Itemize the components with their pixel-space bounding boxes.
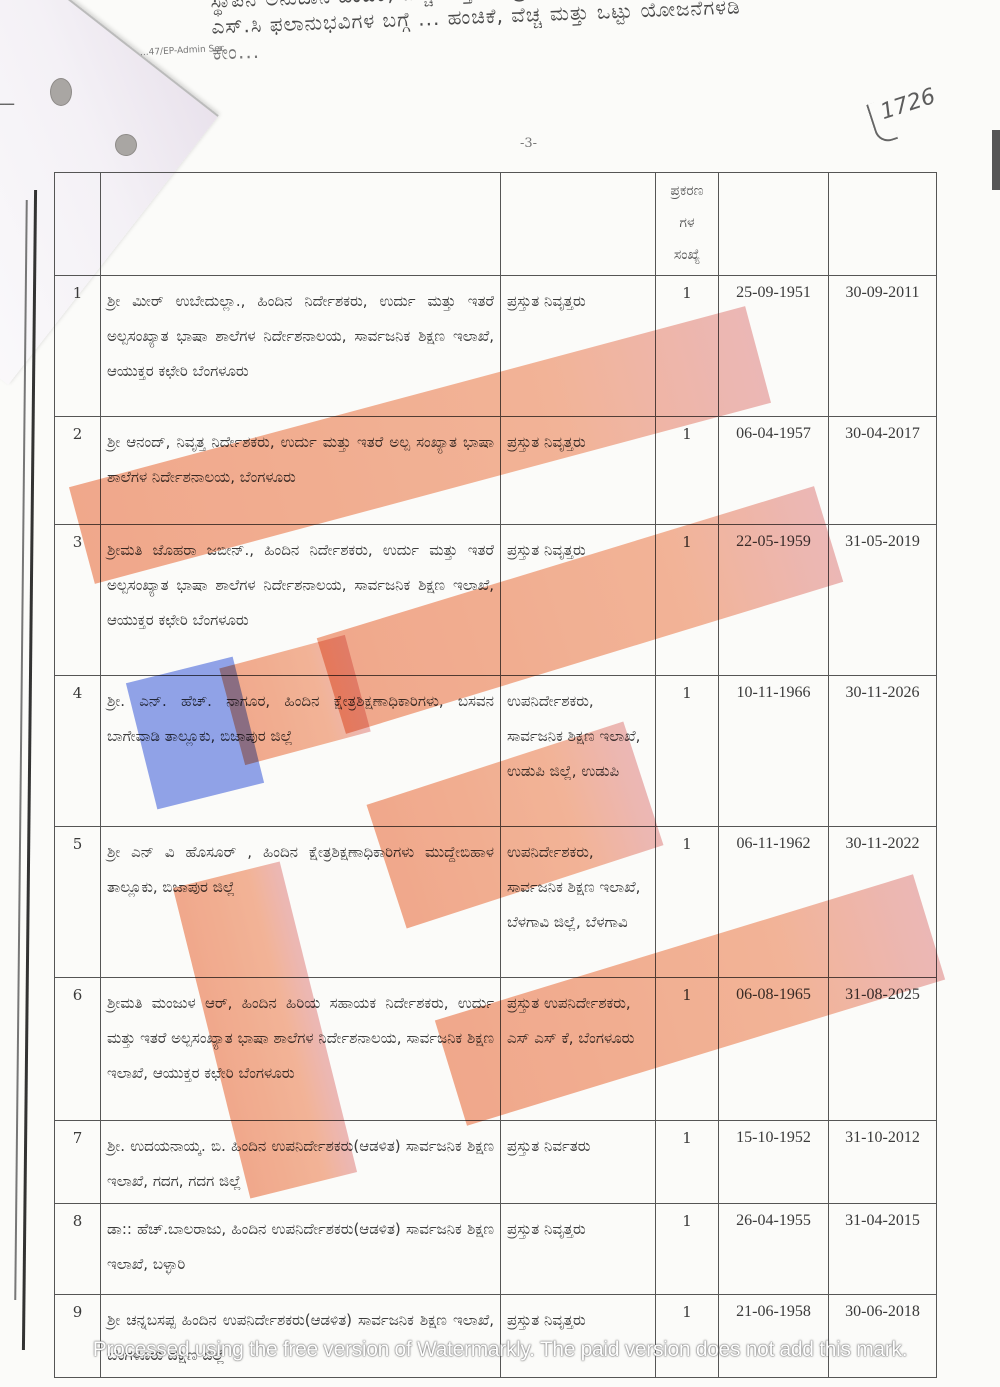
serial-number: 7 (55, 1121, 101, 1204)
serial-number: 2 (55, 417, 101, 525)
retirement-date: 30-04-2017 (829, 417, 937, 525)
header-cases-count: ಪ್ರಕರಣ ಗಳ ಸಂಖ್ಯೆ (656, 173, 719, 276)
cases-count: 1 (656, 1295, 719, 1378)
current-post: ಪ್ರಸ್ತುತ ಉಪನಿರ್ದೇಶಕರು, ಎಸ್ ಎಸ್ ಕೆ, ಬೆಂಗಳ… (501, 978, 656, 1121)
officer-name-designation: ಶ್ರೀ ಮೀರ್ ಉಬೇದುಲ್ಲಾ., ಹಿಂದಿನ ನಿರ್ದೇಶಕರು,… (101, 276, 501, 417)
header-serial (55, 173, 101, 276)
date-of-birth: 21-06-1958 (719, 1295, 829, 1378)
retirement-date: 31-04-2015 (829, 1204, 937, 1295)
retirement-date: 30-09-2011 (829, 276, 937, 417)
handwritten-note: 1726 (878, 84, 939, 125)
header-cases-line: ಪ್ರಕರಣ (662, 175, 712, 207)
serial-number: 4 (55, 676, 101, 827)
fold-scribble: ـــ (0, 90, 14, 109)
table-row: 6ಶ್ರೀಮತಿ ಮಂಜುಳ ಆರ್, ಹಿಂದಿನ ಹಿರಿಯ ಸಹಾಯಕ ನ… (55, 978, 937, 1121)
current-post: ಪ್ರಸ್ತುತ ನಿವೃತ್ತರು (501, 1295, 656, 1378)
serial-number: 6 (55, 978, 101, 1121)
current-post: ಉಪನಿರ್ದೇಶಕರು, ಸಾರ್ವಜನಿಕ ಶಿಕ್ಷಣ ಇಲಾಖೆ, ಉಡ… (501, 676, 656, 827)
cases-count: 1 (656, 827, 719, 978)
cases-count: 1 (656, 417, 719, 525)
officer-name-designation: ಶ್ರೀಮತಿ ಜೊಹರಾ ಜಬೀನ್., ಹಿಂದಿನ ನಿರ್ದೇಶಕರು,… (101, 525, 501, 676)
punch-hole (115, 134, 137, 156)
cases-count: 1 (656, 978, 719, 1121)
retirement-date: 30-11-2022 (829, 827, 937, 978)
officer-name-designation: ಶ್ರೀ. ಉದಯನಾಯ್ಕ. ಬಿ. ಹಿಂದಿನ ಉಪನಿರ್ದೇಶಕರು(… (101, 1121, 501, 1204)
serial-number: 8 (55, 1204, 101, 1295)
table-row: 4ಶ್ರೀ. ಎನ್. ಹೆಚ್. ನಾಗೂರ, ಹಿಂದಿನ ಕ್ಷೇತ್ರಶ… (55, 676, 937, 827)
table-row: 8ಡಾ:: ಹೆಚ್.ಬಾಲರಾಜು, ಹಿಂದಿನ ಉಪನಿರ್ದೇಶಕರು(… (55, 1204, 937, 1295)
date-of-birth: 10-11-1966 (719, 676, 829, 827)
officer-name-designation: ಶ್ರೀ ಆನಂದ್, ನಿವೃತ್ತ ನಿರ್ದೇಶಕರು, ಉರ್ದು ಮತ… (101, 417, 501, 525)
cases-count: 1 (656, 676, 719, 827)
retirement-date: 31-08-2025 (829, 978, 937, 1121)
previous-page-text: ಸ್ಥಾಪನೆ ಅನುದಾನ ಹಂಚಿಕೆ, ವೆಚ್ಚ ಮತ್ತು ಕೇಂದ್… (150, 0, 1000, 60)
officer-name-designation: ಡಾ:: ಹೆಚ್.ಬಾಲರಾಜು, ಹಿಂದಿನ ಉಪನಿರ್ದೇಶಕರು(ಆ… (101, 1204, 501, 1295)
date-of-birth: 06-08-1965 (719, 978, 829, 1121)
page-number: -3- (520, 136, 537, 151)
current-post: ಪ್ರಸ್ತುತ ನಿವೃತ್ತರು (501, 417, 656, 525)
serial-number: 1 (55, 276, 101, 417)
header-retirement (829, 173, 937, 276)
cases-count: 1 (656, 276, 719, 417)
date-of-birth: 26-04-1955 (719, 1204, 829, 1295)
header-dob (719, 173, 829, 276)
watermark-text: Processed using the free version of Wate… (0, 1338, 1000, 1362)
table-row: 7ಶ್ರೀ. ಉದಯನಾಯ್ಕ. ಬಿ. ಹಿಂದಿನ ಉಪನಿರ್ದೇಶಕರು… (55, 1121, 937, 1204)
table-row: 1ಶ್ರೀ ಮೀರ್ ಉಬೇದುಲ್ಲಾ., ಹಿಂದಿನ ನಿರ್ದೇಶಕರು… (55, 276, 937, 417)
binding-edge (992, 130, 1000, 190)
serial-number: 5 (55, 827, 101, 978)
officer-name-designation: ಶ್ರೀ ಎನ್ ವಿ ಹೊಸೂರ್ , ಹಿಂದಿನ ಕ್ಷೇತ್ರಶಿಕ್ಷ… (101, 827, 501, 978)
table-header-row: ಪ್ರಕರಣ ಗಳ ಸಂಖ್ಯೆ (55, 173, 937, 276)
table-row: 5ಶ್ರೀ ಎನ್ ವಿ ಹೊಸೂರ್ , ಹಿಂದಿನ ಕ್ಷೇತ್ರಶಿಕ್… (55, 827, 937, 978)
table-row: 2ಶ್ರೀ ಆನಂದ್, ನಿವೃತ್ತ ನಿರ್ದೇಶಕರು, ಉರ್ದು ಮ… (55, 417, 937, 525)
date-of-birth: 15-10-1952 (719, 1121, 829, 1204)
date-of-birth: 22-05-1959 (719, 525, 829, 676)
officer-name-designation: ಶ್ರೀ. ಎನ್. ಹೆಚ್. ನಾಗೂರ, ಹಿಂದಿನ ಕ್ಷೇತ್ರಶಿ… (101, 676, 501, 827)
date-of-birth: 06-11-1962 (719, 827, 829, 978)
current-post: ಪ್ರಸ್ತುತ ನಿವೃತ್ತರು (501, 525, 656, 676)
cases-count: 1 (656, 1204, 719, 1295)
punch-hole (50, 78, 72, 106)
table-row: 3ಶ್ರೀಮತಿ ಜೊಹರಾ ಜಬೀನ್., ಹಿಂದಿನ ನಿರ್ದೇಶಕರು… (55, 525, 937, 676)
officer-name-designation: ಶ್ರೀಮತಿ ಮಂಜುಳ ಆರ್, ಹಿಂದಿನ ಹಿರಿಯ ಸಹಾಯಕ ನಿ… (101, 978, 501, 1121)
officer-name-designation: ಶ್ರೀ ಚನ್ನಬಸಪ್ಪ ಹಿಂದಿನ ಉಪನಿರ್ದೇಶಕರು(ಆಡಳಿತ… (101, 1295, 501, 1378)
retirement-date: 30-06-2018 (829, 1295, 937, 1378)
current-post: ಪ್ರಸ್ತುತ ನಿವೃತ್ತರು (501, 1204, 656, 1295)
records-table: ಪ್ರಕರಣ ಗಳ ಸಂಖ್ಯೆ 1ಶ್ರೀ ಮೀರ್ ಉಬೇದುಲ್ಲಾ., … (54, 172, 937, 1378)
retirement-date: 30-11-2026 (829, 676, 937, 827)
header-post (501, 173, 656, 276)
header-cases-line: ಸಂಖ್ಯೆ (662, 239, 712, 271)
retirement-date: 31-05-2019 (829, 525, 937, 676)
serial-number: 9 (55, 1295, 101, 1378)
serial-number: 3 (55, 525, 101, 676)
header-cases-line: ಗಳ (662, 207, 712, 239)
cases-count: 1 (656, 525, 719, 676)
current-post: ಪ್ರಸ್ತುತ ನಿರ್ವತರು (501, 1121, 656, 1204)
date-of-birth: 06-04-1957 (719, 417, 829, 525)
header-name (101, 173, 501, 276)
date-of-birth: 25-09-1951 (719, 276, 829, 417)
retirement-date: 31-10-2012 (829, 1121, 937, 1204)
current-post: ಉಪನಿರ್ದೇಶಕರು, ಸಾರ್ವಜನಿಕ ಶಿಕ್ಷಣ ಇಲಾಖೆ, ಬೆ… (501, 827, 656, 978)
cases-count: 1 (656, 1121, 719, 1204)
table-row: 9ಶ್ರೀ ಚನ್ನಬಸಪ್ಪ ಹಿಂದಿನ ಉಪನಿರ್ದೇಶಕರು(ಆಡಳಿ… (55, 1295, 937, 1378)
current-post: ಪ್ರಸ್ತುತ ನಿವೃತ್ತರು (501, 276, 656, 417)
